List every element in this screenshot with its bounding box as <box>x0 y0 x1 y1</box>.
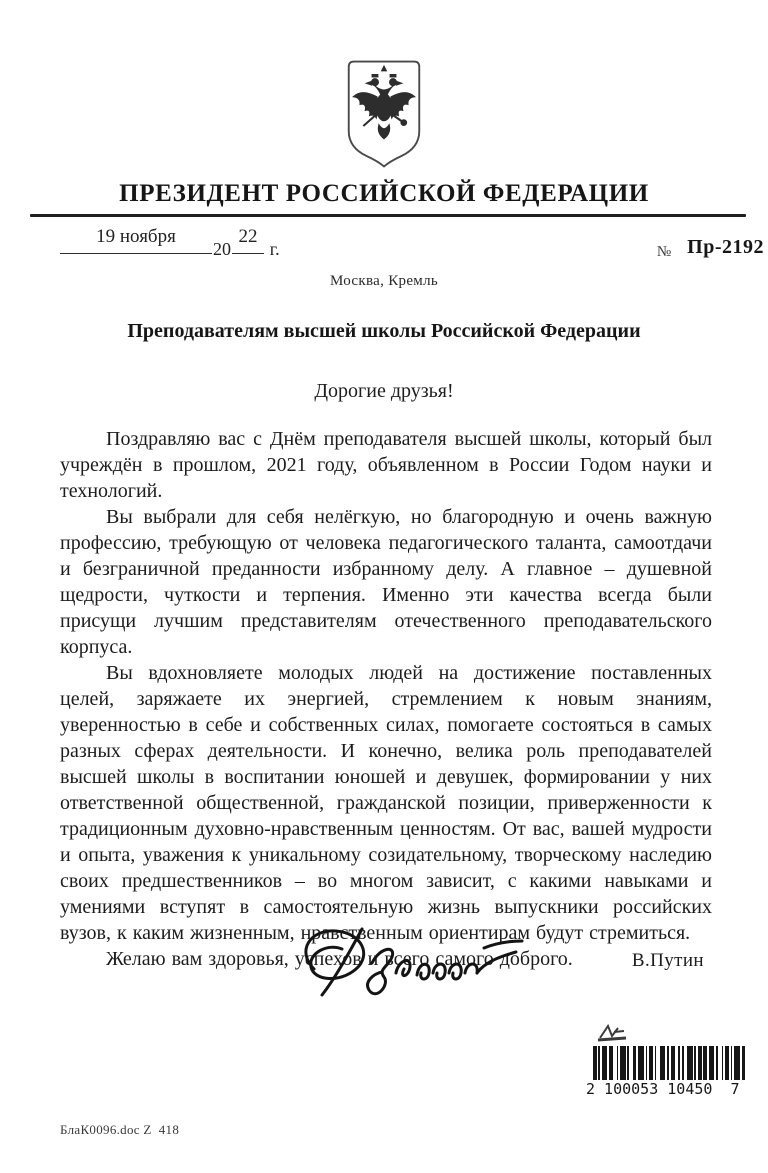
date-day-month: 19 ноября <box>96 226 176 247</box>
number-sign: № <box>657 244 671 260</box>
salutation-line: Дорогие друзья! <box>0 380 768 403</box>
paragraph: Поздравляю вас с Днём преподавателя высш… <box>60 426 712 504</box>
signature-icon <box>278 918 568 1008</box>
barcode-digits: 2 100053 10450 7 <box>586 1080 756 1098</box>
year-blank: 22 <box>232 227 264 254</box>
number-value: Пр-2192 <box>687 236 764 258</box>
letterhead-title: ПРЕЗИДЕНТ РОССИЙСКОЙ ФЕДЕРАЦИИ <box>0 180 768 208</box>
addressee-line: Преподавателям высшей школы Российской Ф… <box>0 320 768 343</box>
stamp-mark-icon <box>594 1022 632 1044</box>
paragraph: Вы выбрали для себя нелёгкую, но благоро… <box>60 504 712 660</box>
date-blank: 19 ноября <box>60 227 212 254</box>
letter-page: ПРЕЗИДЕНТ РОССИЙСКОЙ ФЕДЕРАЦИИ 19 ноября… <box>0 0 768 1173</box>
dateline: 19 ноября2022 г. <box>60 227 281 254</box>
paragraph: Вы вдохновляете молодых людей на достиже… <box>60 660 712 946</box>
document-number: №Пр-2192 <box>657 236 764 259</box>
letter-body: Поздравляю вас с Днём преподавателя высш… <box>60 426 712 972</box>
letterhead-divider <box>30 214 746 217</box>
date-century: 20 <box>213 239 231 259</box>
barcode-bar <box>742 1046 746 1080</box>
place-line: Москва, Кремль <box>0 273 768 290</box>
signatory-name: В.Путин <box>632 950 704 972</box>
date-year: 22 <box>239 226 258 247</box>
date-suffix: г. <box>270 239 280 259</box>
coat-of-arms-icon <box>341 58 427 170</box>
doc-reference: БлаК0096.doc Z 418 <box>60 1122 179 1138</box>
barcode <box>593 1046 745 1080</box>
